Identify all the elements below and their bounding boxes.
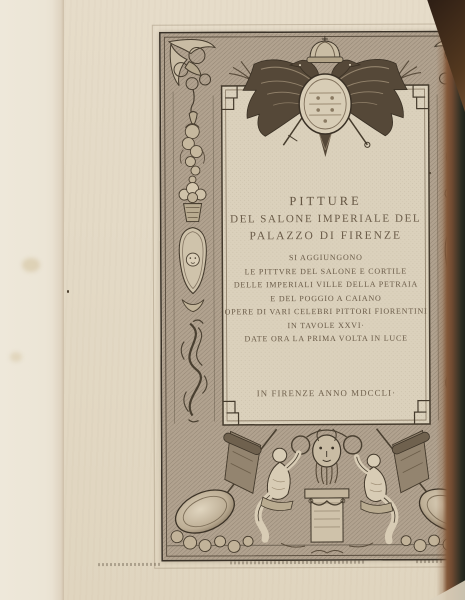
engraver-inscription-left [98, 563, 160, 566]
dust-speck [429, 172, 431, 174]
subtitle-line-3: DELLE IMPERIALI VILLE DELLA PETRAIA [160, 278, 465, 290]
subtitle-line-5: OPERE DI VARI CELEBRI PITTORI FIORENTINI [160, 305, 465, 317]
coat-of-arms-shield [299, 74, 351, 134]
subtitle-line-2: LE PITTVRE DEL SALONE E CORTILE [160, 265, 465, 277]
foxing-stain [10, 352, 22, 362]
title-page: PITTURE DEL SALONE IMPERIALE DEL PALAZZO… [64, 0, 446, 600]
title-line-3: PALAZZO DI FIRENZE [160, 228, 465, 243]
engraved-plate: PITTURE DEL SALONE IMPERIALE DEL PALAZZO… [159, 30, 465, 561]
title-line-1: PITTURE [160, 193, 465, 208]
engraver-inscription-center [230, 561, 366, 565]
title-line-2: DEL SALONE IMPERIALE DEL [160, 211, 465, 226]
subtitle-line-7: DATE ORA LA PRIMA VOLTA IN LUCE [160, 332, 465, 344]
pedestal [305, 489, 349, 542]
imprint-line: IN FIRENZE ANNO MDCCLI· [160, 387, 465, 398]
subtitle-line-1: SI AGGIUNGONO [160, 251, 465, 263]
subtitle-line-4: E DEL POGGIO A CAIANO [160, 292, 465, 304]
foxing-stain [22, 258, 40, 272]
subtitle-line-6: IN TAVOLE XXVI· [160, 319, 465, 331]
title-text-block: PITTURE DEL SALONE IMPERIALE DEL PALAZZO… [160, 193, 465, 398]
book-photograph: PITTURE DEL SALONE IMPERIALE DEL PALAZZO… [0, 0, 465, 600]
dust-speck [67, 290, 69, 293]
